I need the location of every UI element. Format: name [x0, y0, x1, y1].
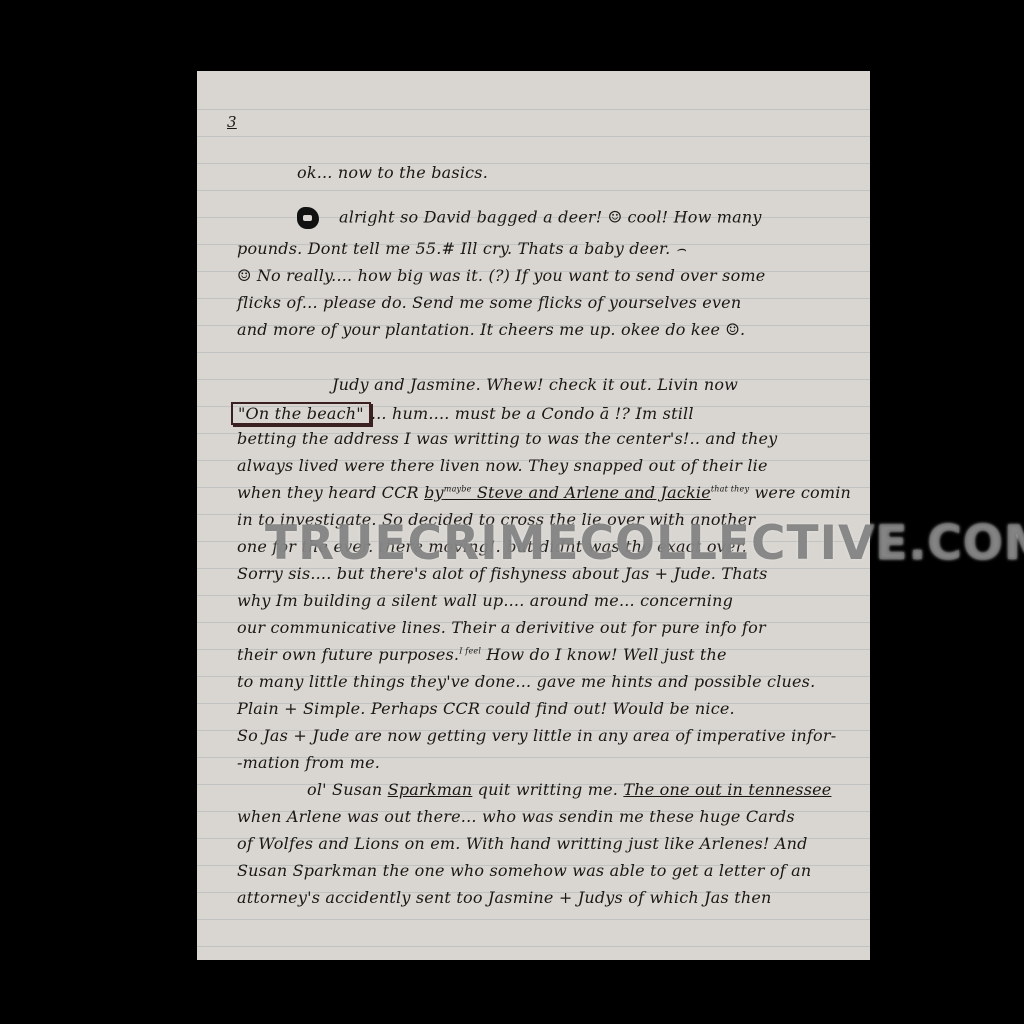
cartoon-deer-head-icon [297, 207, 319, 229]
annotation-i-feel: I feel [459, 647, 481, 656]
text-line-19: Plain + Simple. Perhaps CCR could find o… [237, 699, 735, 718]
text-line-22-b: quit writting me. [478, 780, 618, 799]
letter-page: 3 ok... now to the basics. alright so Da… [197, 71, 870, 960]
text-by: by [424, 483, 444, 502]
annotation-that-they: that they [711, 485, 749, 494]
text-line-20: So Jas + Jude are now getting very littl… [237, 726, 836, 745]
text-line-11: when they heard CCR bymaybe Steve and Ar… [237, 483, 851, 502]
text-line-9: betting the address I was writting to wa… [237, 429, 777, 448]
underlined-phrase: bymaybe Steve and Arlene and Jackie [424, 483, 711, 502]
text-line-8: "On the beach"... hum.... must be a Cond… [231, 402, 694, 425]
text-line-1: ok... now to the basics. [297, 163, 488, 182]
text-line-26: attorney's accidently sent too Jasmine +… [237, 888, 772, 907]
text-line-24: of Wolfes and Lions on em. With hand wri… [237, 834, 808, 853]
text-line-6: and more of your plantation. It cheers m… [237, 320, 745, 339]
text-line-11-b: were comin [755, 483, 852, 502]
underlined-sparkman: Sparkman [388, 780, 473, 799]
text-line-14: Sorry sis.... but there's alot of fishyn… [237, 564, 768, 583]
text-line-18: to many little things they've done... ga… [237, 672, 815, 691]
text-line-11-a: when they heard CCR [237, 483, 419, 502]
text-line-17: their own future purposes.I feel How do … [237, 645, 727, 664]
text-line-15: why Im building a silent wall up.... aro… [237, 591, 733, 610]
text-line-22: ol' Susan Sparkman quit writting me. The… [307, 780, 831, 799]
text-line-5: flicks of... please do. Send me some fli… [237, 293, 741, 312]
page-number: 3 [227, 113, 237, 131]
annotation-maybe: maybe [444, 485, 472, 494]
underlined-tennessee: The one out in tennessee [623, 780, 831, 799]
text-line-2-content: alright so David bagged a deer! ☺ cool! … [339, 208, 762, 227]
text-line-7: Judy and Jasmine. Whew! check it out. Li… [332, 375, 738, 394]
text-line-25: Susan Sparkman the one who somehow was a… [237, 861, 811, 880]
text-line-12: in to investigate. So decided to cross t… [237, 510, 755, 529]
text-line-23: when Arlene was out there... who was sen… [237, 807, 795, 826]
text-line-16: our communicative lines. Their a derivit… [237, 618, 766, 637]
text-line-3: pounds. Dont tell me 55.# Ill cry. Thats… [237, 239, 686, 259]
text-line-13: one for the ever. there moving!. but did… [237, 537, 747, 556]
text-line-21: -mation from me. [237, 753, 380, 772]
text-line-17-a: their own future purposes. [237, 645, 459, 664]
text-line-10: always lived were there liven now. They … [237, 456, 768, 475]
text-names: Steve and Arlene and Jackie [477, 483, 711, 502]
boxed-phrase: "On the beach" [231, 402, 371, 425]
text-line-8-content: ... hum.... must be a Condo ā !? Im stil… [371, 404, 694, 423]
text-line-2: alright so David bagged a deer! ☺ cool! … [297, 207, 762, 229]
text-line-4: ☺ No really.... how big was it. (?) If y… [237, 266, 765, 285]
text-line-17-b: How do I know! Well just the [486, 645, 726, 664]
text-line-22-a: ol' Susan [307, 780, 382, 799]
